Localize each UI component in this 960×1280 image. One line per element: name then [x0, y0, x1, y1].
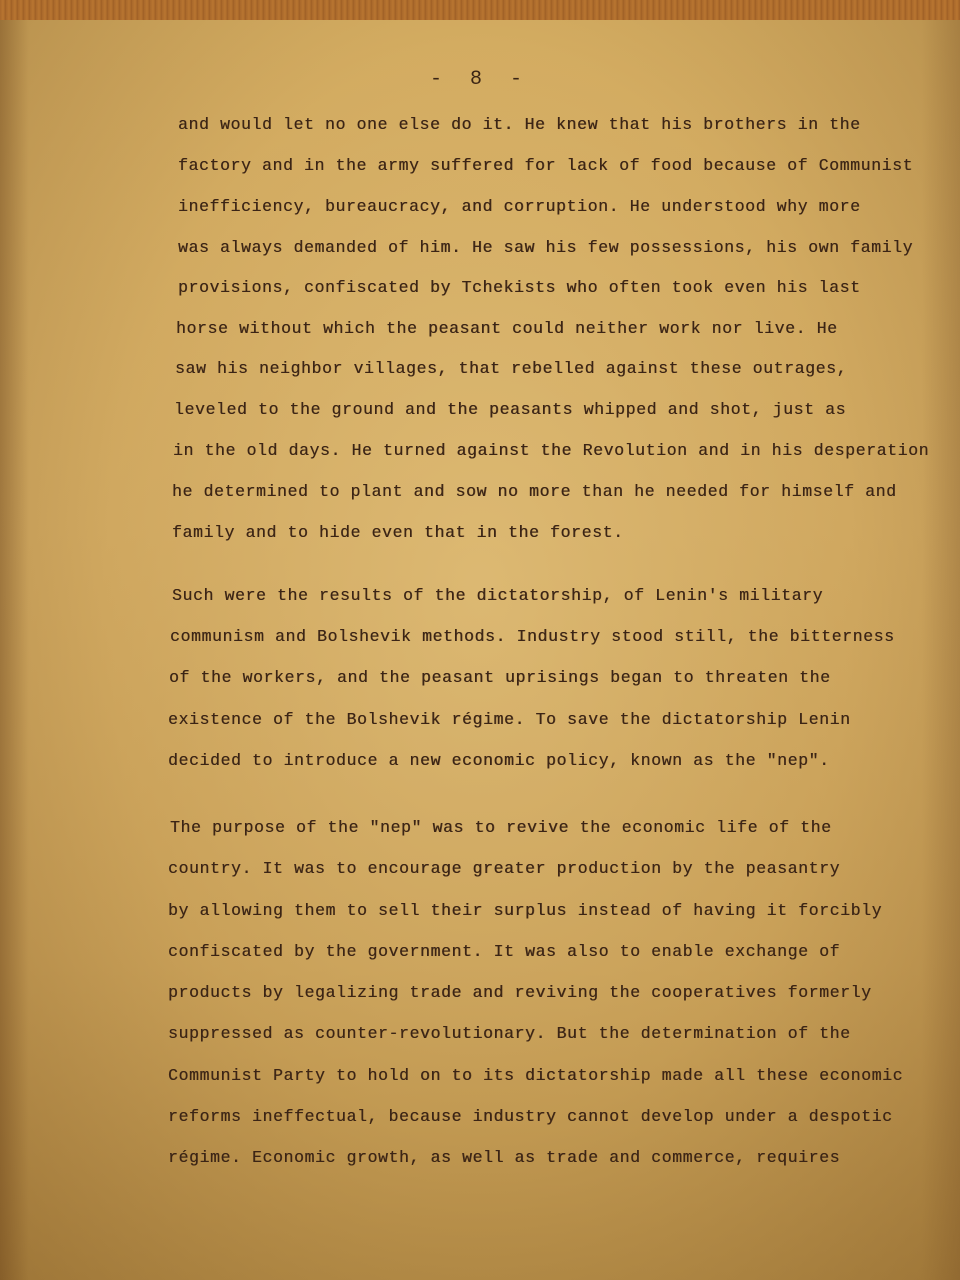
text-line: inefficiency, bureaucracy, and corruptio…	[178, 197, 861, 216]
text-line: of the workers, and the peasant uprising…	[169, 668, 831, 687]
text-line: Communist Party to hold on to its dictat…	[168, 1066, 903, 1085]
typewritten-page: - 8 - and would let no one else do it. H…	[0, 20, 960, 1280]
text-line: family and to hide even that in the fore…	[172, 523, 624, 542]
text-line: by allowing them to sell their surplus i…	[168, 901, 882, 920]
text-line: was always demanded of him. He saw his f…	[178, 238, 913, 257]
page-number: - 8 -	[0, 68, 960, 91]
scan-top-edge	[0, 0, 960, 22]
text-line: in the old days. He turned against the R…	[173, 441, 929, 460]
text-line: horse without which the peasant could ne…	[176, 319, 838, 338]
text-line: existence of the Bolshevik régime. To sa…	[168, 710, 851, 729]
text-line: reforms ineffectual, because industry ca…	[168, 1107, 893, 1126]
text-line: decided to introduce a new economic poli…	[168, 751, 830, 770]
text-line: he determined to plant and sow no more t…	[172, 482, 897, 501]
text-line: The purpose of the "nep" was to revive t…	[170, 818, 832, 837]
text-line: confiscated by the government. It was al…	[168, 942, 840, 961]
text-line: products by legalizing trade and revivin…	[168, 983, 872, 1002]
text-line: communism and Bolshevik methods. Industr…	[170, 627, 895, 646]
text-line: suppressed as counter-revolutionary. But…	[168, 1024, 851, 1043]
text-line: provisions, confiscated by Tchekists who…	[178, 278, 861, 297]
text-line: saw his neighbor villages, that rebelled…	[175, 359, 847, 378]
text-line: Such were the results of the dictatorshi…	[172, 586, 823, 605]
text-line: leveled to the ground and the peasants w…	[174, 400, 846, 419]
text-line: factory and in the army suffered for lac…	[178, 156, 913, 175]
text-line: and would let no one else do it. He knew…	[178, 115, 861, 134]
text-line: régime. Economic growth, as well as trad…	[168, 1148, 840, 1167]
text-line: country. It was to encourage greater pro…	[168, 859, 840, 878]
